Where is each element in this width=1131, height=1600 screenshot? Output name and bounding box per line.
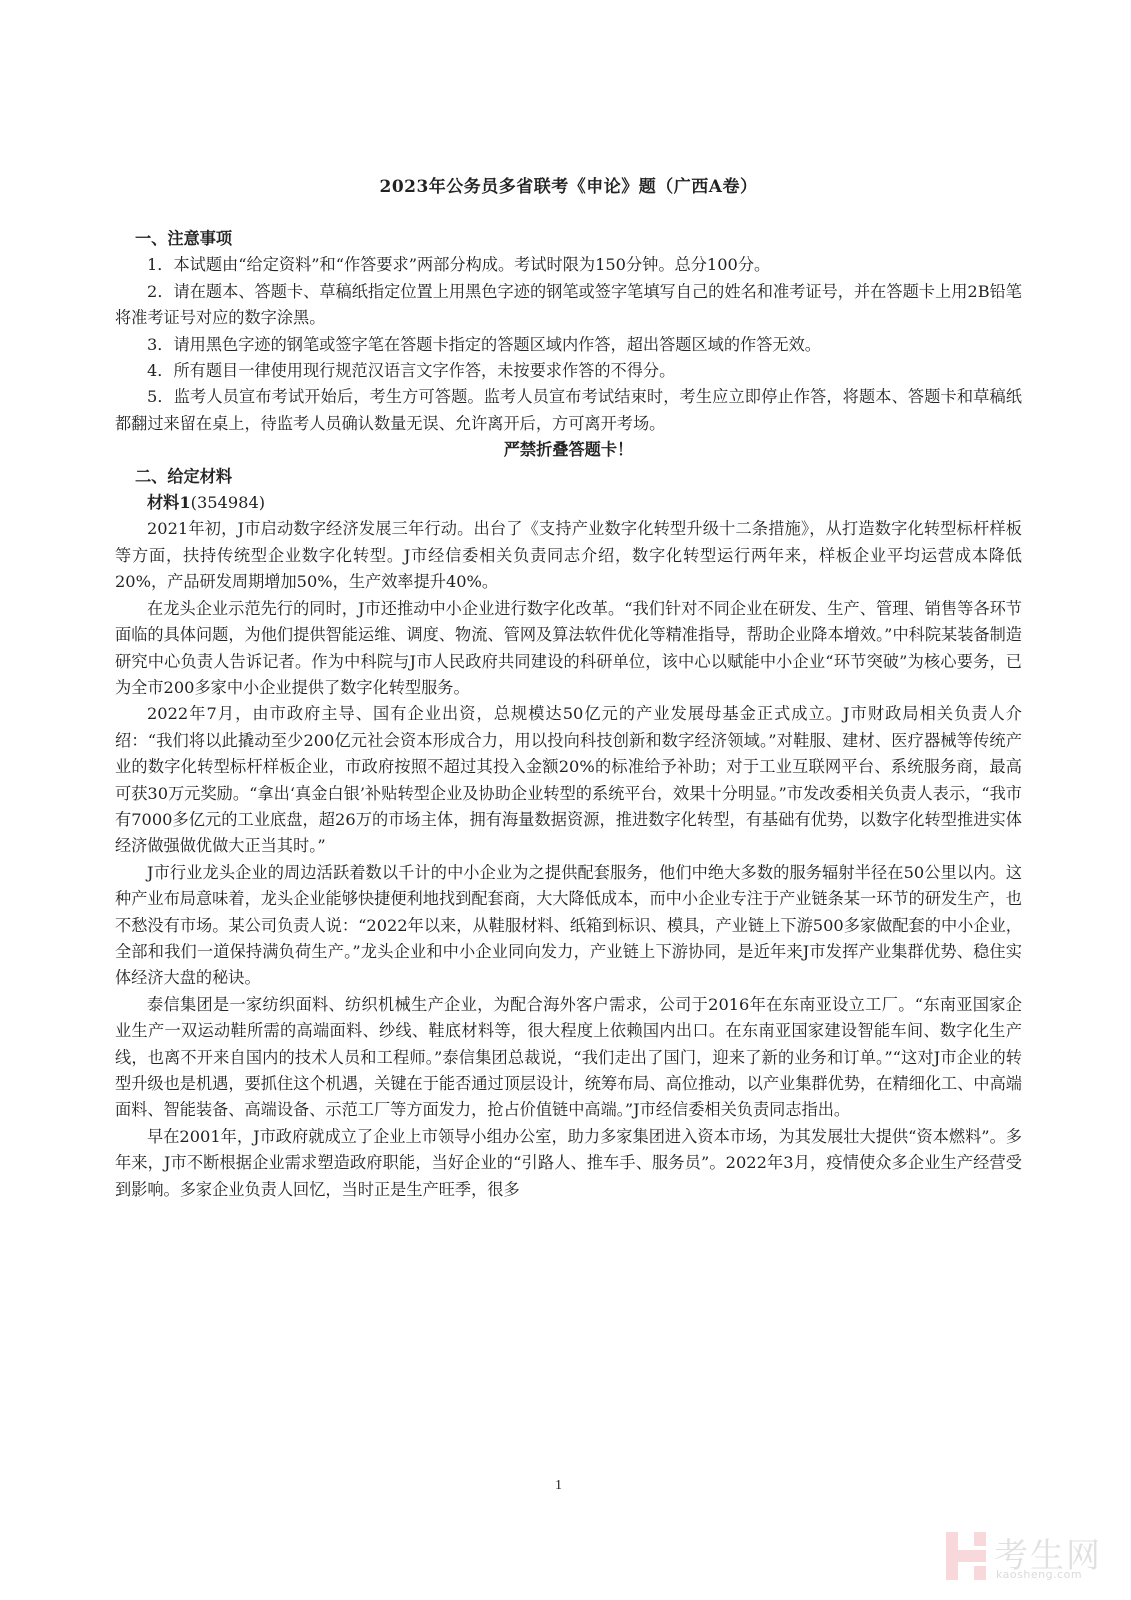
material-paragraph: J市行业龙头企业的周边活跃着数以千计的中小企业为之提供配套服务，他们中绝大多数的… [115, 860, 1022, 992]
material-paragraph: 2022年7月，由市政府主导、国有企业出资，总规模达50亿元的产业发展母基金正式… [115, 701, 1022, 859]
notice-item-3: 3．请用黑色字迹的钢笔或签字笔在答题卡指定的答题区域内作答，超出答题区域的作答无… [115, 332, 1022, 358]
warning-text: 严禁折叠答题卡！ [115, 437, 1022, 463]
material-label: 材料1(354984) [147, 490, 1022, 516]
watermark-brand-en: kaosheng.com [996, 1568, 1082, 1581]
page-number: 1 [555, 1478, 562, 1494]
material-paragraph: 在龙头企业示范先行的同时，J市还推动中小企业进行数字化改革。“我们针对不同企业在… [115, 596, 1022, 702]
watermark: 考生网 kaosheng.com [946, 1528, 1126, 1588]
kaosheng-logo-icon [946, 1532, 986, 1580]
material-paragraph: 2021年初，J市启动数字经济发展三年行动。出台了《支持产业数字化转型升级十二条… [115, 516, 1022, 595]
document-title: 2023年公务员多省联考《申论》题（广西A卷） [115, 172, 1022, 197]
notice-item-2: 2．请在题本、答题卡、草稿纸指定位置上用黑色字迹的钢笔或签字笔填写自己的姓名和准… [115, 279, 1022, 332]
material-paragraph: 早在2001年，J市政府就成立了企业上市领导小组办公室，助力多家集团进入资本市场… [115, 1124, 1022, 1203]
material-paragraph: 泰信集团是一家纺织面料、纺织机械生产企业，为配合海外客户需求，公司于2016年在… [115, 992, 1022, 1124]
notice-item-4: 4．所有题目一律使用现行规范汉语言文字作答，未按要求作答的不得分。 [115, 358, 1022, 384]
notice-item-5: 5．监考人员宣布考试开始后，考生方可答题。监考人员宣布考试结束时，考生应立即停止… [115, 384, 1022, 437]
section-heading-notes: 一、注意事项 [135, 226, 1022, 252]
document-body: 一、注意事项 1．本试题由“给定资料”和“作答要求”两部分构成。考试时限为150… [115, 226, 1022, 1203]
material-id: (354984) [191, 493, 265, 512]
notice-item-1: 1．本试题由“给定资料”和“作答要求”两部分构成。考试时限为150分钟。总分10… [115, 252, 1022, 278]
section-heading-materials: 二、给定材料 [135, 464, 1022, 490]
material-title: 材料1 [147, 493, 191, 512]
